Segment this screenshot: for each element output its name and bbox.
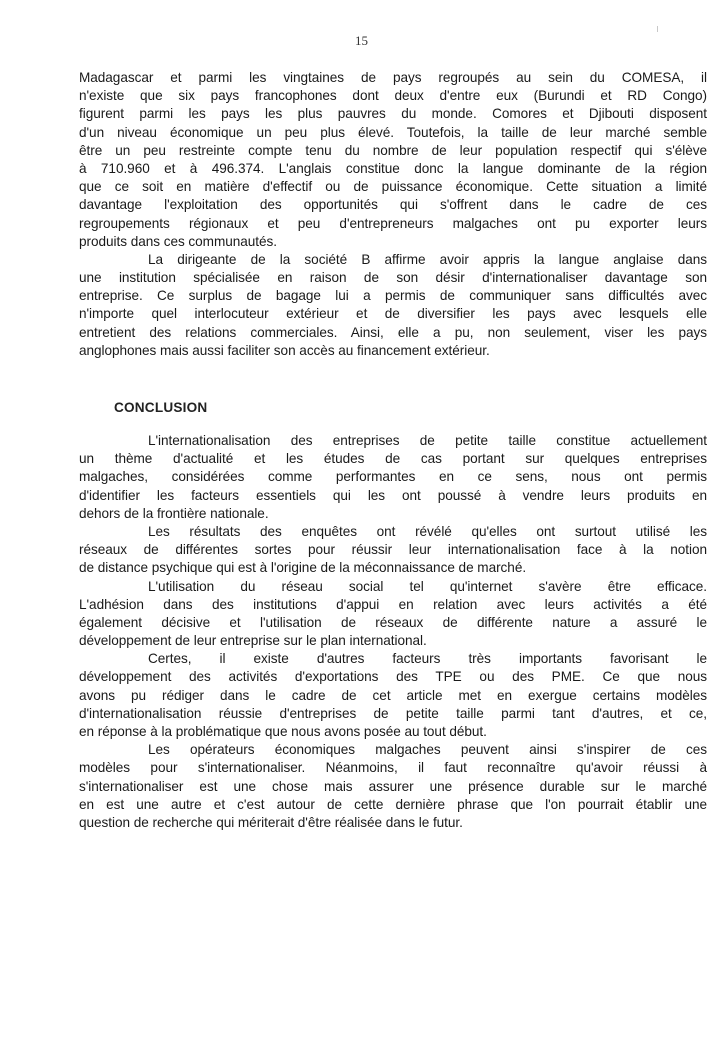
- section-heading-conclusion: CONCLUSION: [114, 400, 207, 415]
- text-line: également décisive et l'utilisation de r…: [79, 614, 707, 632]
- text-line: produits dans ces communautés.: [79, 233, 707, 251]
- text-line: à 710.960 et à 496.374. L'anglais consti…: [79, 160, 707, 178]
- body-text-top: Madagascar et parmi les vingtaines de pa…: [79, 69, 707, 360]
- text-line: s'internationaliser est une chose mais a…: [79, 778, 707, 796]
- conclusion-body: L'internationalisation des entreprises d…: [79, 432, 707, 832]
- paragraph-comesa: Madagascar et parmi les vingtaines de pa…: [79, 69, 707, 251]
- text-line: que ce soit en matière d'effectif ou de …: [79, 178, 707, 196]
- text-line: avons pu rédiger dans le cadre de cet ar…: [79, 687, 707, 705]
- scan-mark: [657, 26, 658, 32]
- text-line: L'adhésion dans des institutions d'appui…: [79, 596, 707, 614]
- text-line: n'importe quel interlocuteur extérieur e…: [79, 305, 707, 323]
- text-line: n'existe que six pays francophones dont …: [79, 87, 707, 105]
- text-line: en est une autre et c'est autour de cett…: [79, 796, 707, 814]
- text-line: L'utilisation du réseau social tel qu'in…: [79, 578, 707, 596]
- page-number: 15: [0, 33, 723, 49]
- text-line: dehors de la frontière nationale.: [79, 505, 707, 523]
- text-line: d'identifier les facteurs essentiels qui…: [79, 487, 707, 505]
- text-line: question de recherche qui mériterait d'ê…: [79, 814, 707, 832]
- text-line: réseaux de différentes sortes pour réuss…: [79, 541, 707, 559]
- text-line: davantage l'exploitation des opportunité…: [79, 196, 707, 214]
- text-line: modèles pour s'internationaliser. Néanmo…: [79, 759, 707, 777]
- text-line: entretient des relations commerciales. A…: [79, 324, 707, 342]
- text-line: Les opérateurs économiques malgaches peu…: [79, 741, 707, 759]
- paragraph-societe-b: La dirigeante de la société B affirme av…: [79, 251, 707, 360]
- text-line: regroupements régionaux et peu d'entrepr…: [79, 215, 707, 233]
- text-line: un thème d'actualité et les études de ca…: [79, 450, 707, 468]
- text-line: de distance psychique qui est à l'origin…: [79, 559, 707, 577]
- text-line: Certes, il existe d'autres facteurs très…: [79, 650, 707, 668]
- text-line: La dirigeante de la société B affirme av…: [79, 251, 707, 269]
- text-line: être un peu restreinte compte tenu du no…: [79, 142, 707, 160]
- paragraph-conclusion-2: Les résultats des enquêtes ont révélé qu…: [79, 523, 707, 578]
- text-line: Les résultats des enquêtes ont révélé qu…: [79, 523, 707, 541]
- paragraph-conclusion-1: L'internationalisation des entreprises d…: [79, 432, 707, 523]
- text-line: L'internationalisation des entreprises d…: [79, 432, 707, 450]
- paragraph-conclusion-5: Les opérateurs économiques malgaches peu…: [79, 741, 707, 832]
- text-line: d'internationalisation réussie d'entrepr…: [79, 705, 707, 723]
- text-line: en réponse à la problématique que nous a…: [79, 723, 707, 741]
- text-line: une institution spécialisée en raison de…: [79, 269, 707, 287]
- text-line: malgaches, considérées comme performante…: [79, 468, 707, 486]
- text-line: anglophones mais aussi faciliter son acc…: [79, 342, 707, 360]
- text-line: Madagascar et parmi les vingtaines de pa…: [79, 69, 707, 87]
- text-line: d'un niveau économique un peu plus élevé…: [79, 124, 707, 142]
- text-line: développement des activités d'exportatio…: [79, 668, 707, 686]
- text-line: figurent parmi les pays les plus pauvres…: [79, 105, 707, 123]
- paragraph-conclusion-4: Certes, il existe d'autres facteurs très…: [79, 650, 707, 741]
- paragraph-conclusion-3: L'utilisation du réseau social tel qu'in…: [79, 578, 707, 651]
- text-line: entreprise. Ce surplus de bagage lui a p…: [79, 287, 707, 305]
- text-line: développement de leur entreprise sur le …: [79, 632, 707, 650]
